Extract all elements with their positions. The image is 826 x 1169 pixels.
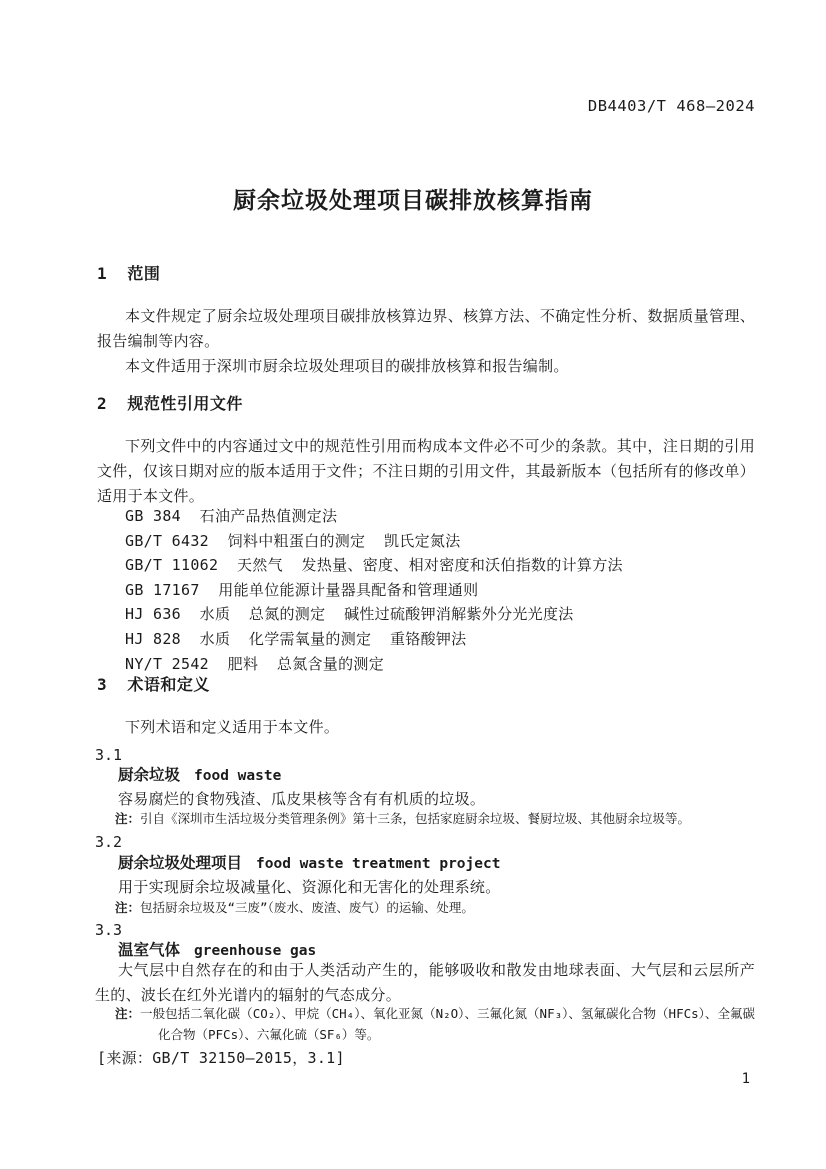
note-label: 注： [115, 811, 140, 826]
section-1-paragraph-2: 本文件适用于深圳市厨余垃圾处理项目的碳排放核算和报告编制。 [97, 354, 755, 379]
section-3-intro: 下列术语和定义适用于本文件。 [97, 715, 755, 740]
term-3-1-number: 3.1 [95, 744, 122, 766]
reference-item: GB/T 6432 饲料中粗蛋白的测定 凯氏定氮法 [125, 529, 623, 554]
term-3-2-number: 3.2 [95, 831, 122, 853]
term-3-3-zh: 温室气体 [118, 941, 180, 959]
term-3-2-note: 注：包括厨余垃圾及“三废”（废水、废渣、废气）的运输、处理。 [115, 898, 755, 917]
reference-item: GB 384 石油产品热值测定法 [125, 504, 623, 529]
term-3-1-zh: 厨余垃圾 [118, 766, 180, 784]
section-1-paragraph-1: 本文件规定了厨余垃圾处理项目碳排放核算边界、核算方法、不确定性分析、数据质量管理… [97, 304, 755, 354]
term-3-2-definition: 用于实现厨余垃圾减量化、资源化和无害化的处理系统。 [95, 875, 755, 900]
term-3-3-number: 3.3 [95, 919, 122, 941]
note-label: 注： [115, 900, 140, 915]
section-1-heading: 1 范围 [97, 263, 160, 285]
note-text: 一般包括二氧化碳（CO₂）、甲烷（CH₄）、氧化亚氮（N₂O）、三氟化氮（NF₃… [140, 1006, 755, 1042]
note-label: 注： [115, 1006, 140, 1021]
document-page: DB4403/T 468—2024 厨余垃圾处理项目碳排放核算指南 1 范围 本… [0, 0, 826, 1169]
term-3-1-title: 厨余垃圾food waste [118, 764, 281, 787]
term-3-2-en: food waste treatment project [256, 856, 500, 872]
term-3-3-source: [来源：GB/T 32150—2015，3.1] [97, 1047, 345, 1069]
reference-item: HJ 828 水质 化学需氧量的测定 重铬酸钾法 [125, 627, 623, 652]
term-3-1-note: 注：引自《深圳市生活垃圾分类管理条例》第十三条，包括家庭厨余垃圾、餐厨垃圾、其他… [115, 809, 755, 828]
reference-item: HJ 636 水质 总氮的测定 碱性过硫酸钾消解紫外分光光度法 [125, 602, 623, 627]
note-text: 引自《深圳市生活垃圾分类管理条例》第十三条，包括家庭厨余垃圾、餐厨垃圾、其他厨余… [140, 811, 690, 826]
term-3-3-definition: 大气层中自然存在的和由于人类活动产生的，能够吸收和散发由地球表面、大气层和云层所… [95, 958, 755, 1008]
reference-item: GB 17167 用能单位能源计量器具配备和管理通则 [125, 578, 623, 603]
reference-item: GB/T 11062 天然气 发热量、密度、相对密度和沃伯指数的计算方法 [125, 553, 623, 578]
page-title: 厨余垃圾处理项目碳排放核算指南 [0, 186, 826, 216]
term-3-2-zh: 厨余垃圾处理项目 [118, 854, 242, 872]
section-1-body: 本文件规定了厨余垃圾处理项目碳排放核算边界、核算方法、不确定性分析、数据质量管理… [97, 304, 755, 379]
standard-code: DB4403/T 468—2024 [588, 97, 755, 115]
section-3-heading: 3 术语和定义 [97, 674, 210, 696]
section-2-intro: 下列文件中的内容通过文中的规范性引用而构成本文件必不可少的条款。其中，注日期的引… [97, 434, 755, 509]
term-3-3-note: 注：一般包括二氧化碳（CO₂）、甲烷（CH₄）、氧化亚氮（N₂O）、三氟化氮（N… [115, 1003, 755, 1045]
term-3-1-en: food waste [194, 768, 281, 784]
reference-item: NY/T 2542 肥料 总氮含量的测定 [125, 652, 623, 677]
section-2-intro-paragraph: 下列文件中的内容通过文中的规范性引用而构成本文件必不可少的条款。其中，注日期的引… [97, 434, 755, 509]
note-text: 包括厨余垃圾及“三废”（废水、废渣、废气）的运输、处理。 [140, 900, 474, 915]
section-2-heading: 2 规范性引用文件 [97, 393, 243, 415]
normative-references-list: GB 384 石油产品热值测定法 GB/T 6432 饲料中粗蛋白的测定 凯氏定… [125, 504, 623, 676]
section-3-intro-paragraph: 下列术语和定义适用于本文件。 [97, 715, 755, 740]
page-number: 1 [742, 1070, 750, 1088]
term-3-3-en: greenhouse gas [194, 943, 316, 959]
term-3-2-title: 厨余垃圾处理项目food waste treatment project [118, 852, 500, 875]
